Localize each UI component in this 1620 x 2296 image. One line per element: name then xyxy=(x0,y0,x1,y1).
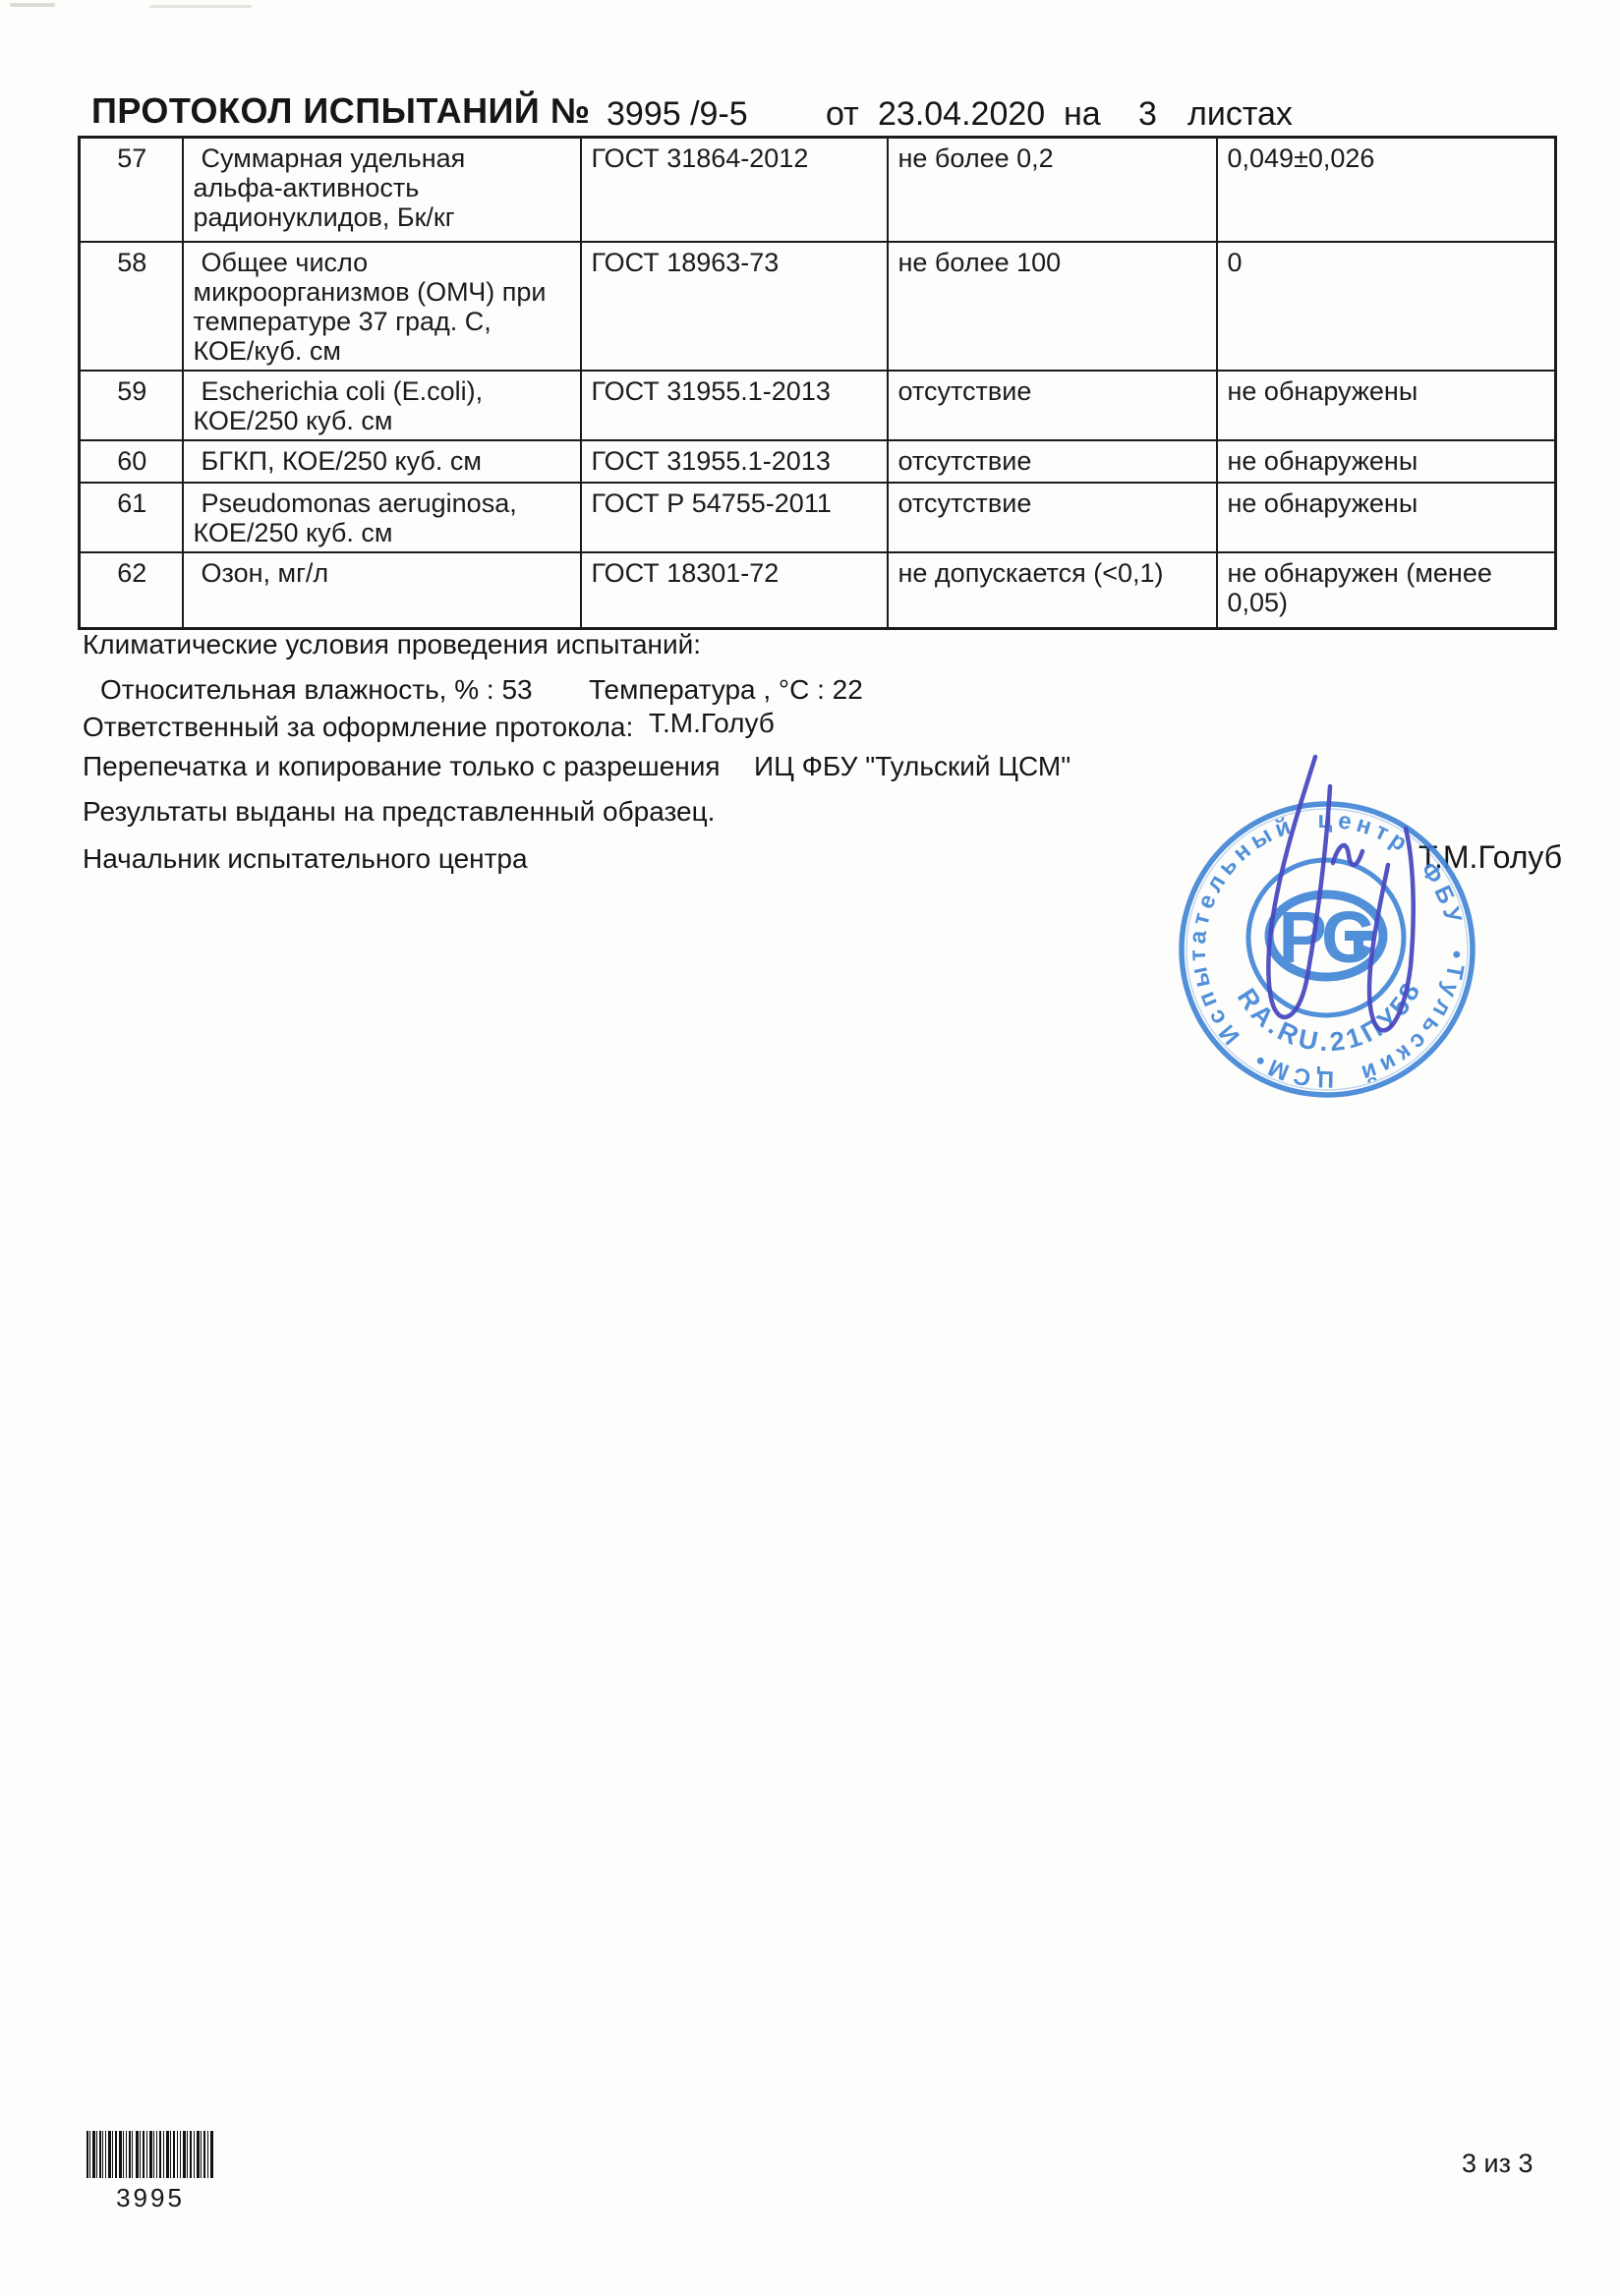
parameter-cell: БГКП, КОЕ/250 куб. см xyxy=(183,440,581,483)
row-number: 59 xyxy=(80,371,183,440)
protocol-number: 3995 /9-5 xyxy=(607,95,748,134)
responsible-name: Т.М.Голуб xyxy=(649,708,775,739)
table-row: 59 Escherichia coli (E.coli), КОЕ/250 ку… xyxy=(80,371,1556,440)
result-cell: 0,049±0,026 xyxy=(1217,138,1556,242)
table-row: 62 Озон, мг/л ГОСТ 18301-72 не допускает… xyxy=(80,552,1556,629)
on-label: на xyxy=(1064,95,1101,134)
rostest-logo: РС xyxy=(1269,894,1383,978)
method-cell: ГОСТ 18963-73 xyxy=(581,242,888,371)
parameter-cell: Pseudomonas aeruginosa, КОЕ/250 куб. см xyxy=(183,483,581,552)
stamp: Испытательный центр ФБУ •Тульский ЦСМ• R… xyxy=(1140,745,1514,1142)
row-number: 57 xyxy=(80,138,183,242)
conditions-title: Климатические условия проведения испытан… xyxy=(83,629,701,660)
results-note: Результаты выданы на представленный обра… xyxy=(83,796,715,828)
barcode: 3995 xyxy=(87,2131,214,2213)
norm-cell: не более 0,2 xyxy=(888,138,1217,242)
row-number: 62 xyxy=(80,552,183,629)
table-row: 57 Суммарная удельная альфа-активность р… xyxy=(80,138,1556,242)
norm-cell: отсутствие xyxy=(888,371,1217,440)
norm-cell: не более 100 xyxy=(888,242,1217,371)
reprint-notice: Перепечатка и копирование только с разре… xyxy=(83,751,721,782)
table-row: 60 БГКП, КОЕ/250 куб. см ГОСТ 31955.1-20… xyxy=(80,440,1556,483)
scan-artifact xyxy=(149,5,252,8)
method-cell: ГОСТ 31955.1-2013 xyxy=(581,440,888,483)
result-cell: не обнаружены xyxy=(1217,371,1556,440)
result-cell: не обнаружены xyxy=(1217,440,1556,483)
method-cell: ГОСТ 31864-2012 xyxy=(581,138,888,242)
method-cell: ГОСТ 18301-72 xyxy=(581,552,888,629)
row-number: 58 xyxy=(80,242,183,371)
sheets-label: листах xyxy=(1187,95,1293,134)
scan-artifact xyxy=(10,3,55,7)
page-title: ПРОТОКОЛ ИСПЫТАНИЙ № xyxy=(91,90,590,132)
parameter-cell: Общее число микроорганизмов (ОМЧ) при те… xyxy=(183,242,581,371)
protocol-page: ПРОТОКОЛ ИСПЫТАНИЙ № 3995 /9-5 от 23.04.… xyxy=(0,0,1620,2296)
method-cell: ГОСТ Р 54755-2011 xyxy=(581,483,888,552)
parameter-cell: Escherichia coli (E.coli), КОЕ/250 куб. … xyxy=(183,371,581,440)
responsible-label: Ответственный за оформление протокола: xyxy=(83,712,633,743)
row-number: 61 xyxy=(80,483,183,552)
head-label: Начальник испытательного центра xyxy=(83,843,528,875)
method-cell: ГОСТ 31955.1-2013 xyxy=(581,371,888,440)
protocol-date: 23.04.2020 xyxy=(878,95,1045,134)
result-cell: не обнаружен (менее 0,05) xyxy=(1217,552,1556,629)
barcode-number: 3995 xyxy=(87,2183,214,2213)
results-table: 57 Суммарная удельная альфа-активность р… xyxy=(78,136,1557,630)
row-number: 60 xyxy=(80,440,183,483)
table-row: 58 Общее число микроорганизмов (ОМЧ) при… xyxy=(80,242,1556,371)
norm-cell: отсутствие xyxy=(888,483,1217,552)
table-row: 61 Pseudomonas aeruginosa, КОЕ/250 куб. … xyxy=(80,483,1556,552)
parameter-cell: Озон, мг/л xyxy=(183,552,581,629)
sheets-count: 3 xyxy=(1138,95,1157,134)
norm-cell: отсутствие xyxy=(888,440,1217,483)
norm-cell: не допускается (<0,1) xyxy=(888,552,1217,629)
parameter-cell: Суммарная удельная альфа-активность ради… xyxy=(183,138,581,242)
from-label: от xyxy=(826,95,859,134)
result-cell: не обнаружены xyxy=(1217,483,1556,552)
result-cell: 0 xyxy=(1217,242,1556,371)
humidity-value: Относительная влажность, % : 53 xyxy=(100,674,533,706)
page-indicator: 3 из 3 xyxy=(1462,2149,1533,2179)
temperature-value: Температура , °С : 22 xyxy=(589,674,863,706)
reprint-org: ИЦ ФБУ "Тульский ЦСМ" xyxy=(754,751,1070,782)
